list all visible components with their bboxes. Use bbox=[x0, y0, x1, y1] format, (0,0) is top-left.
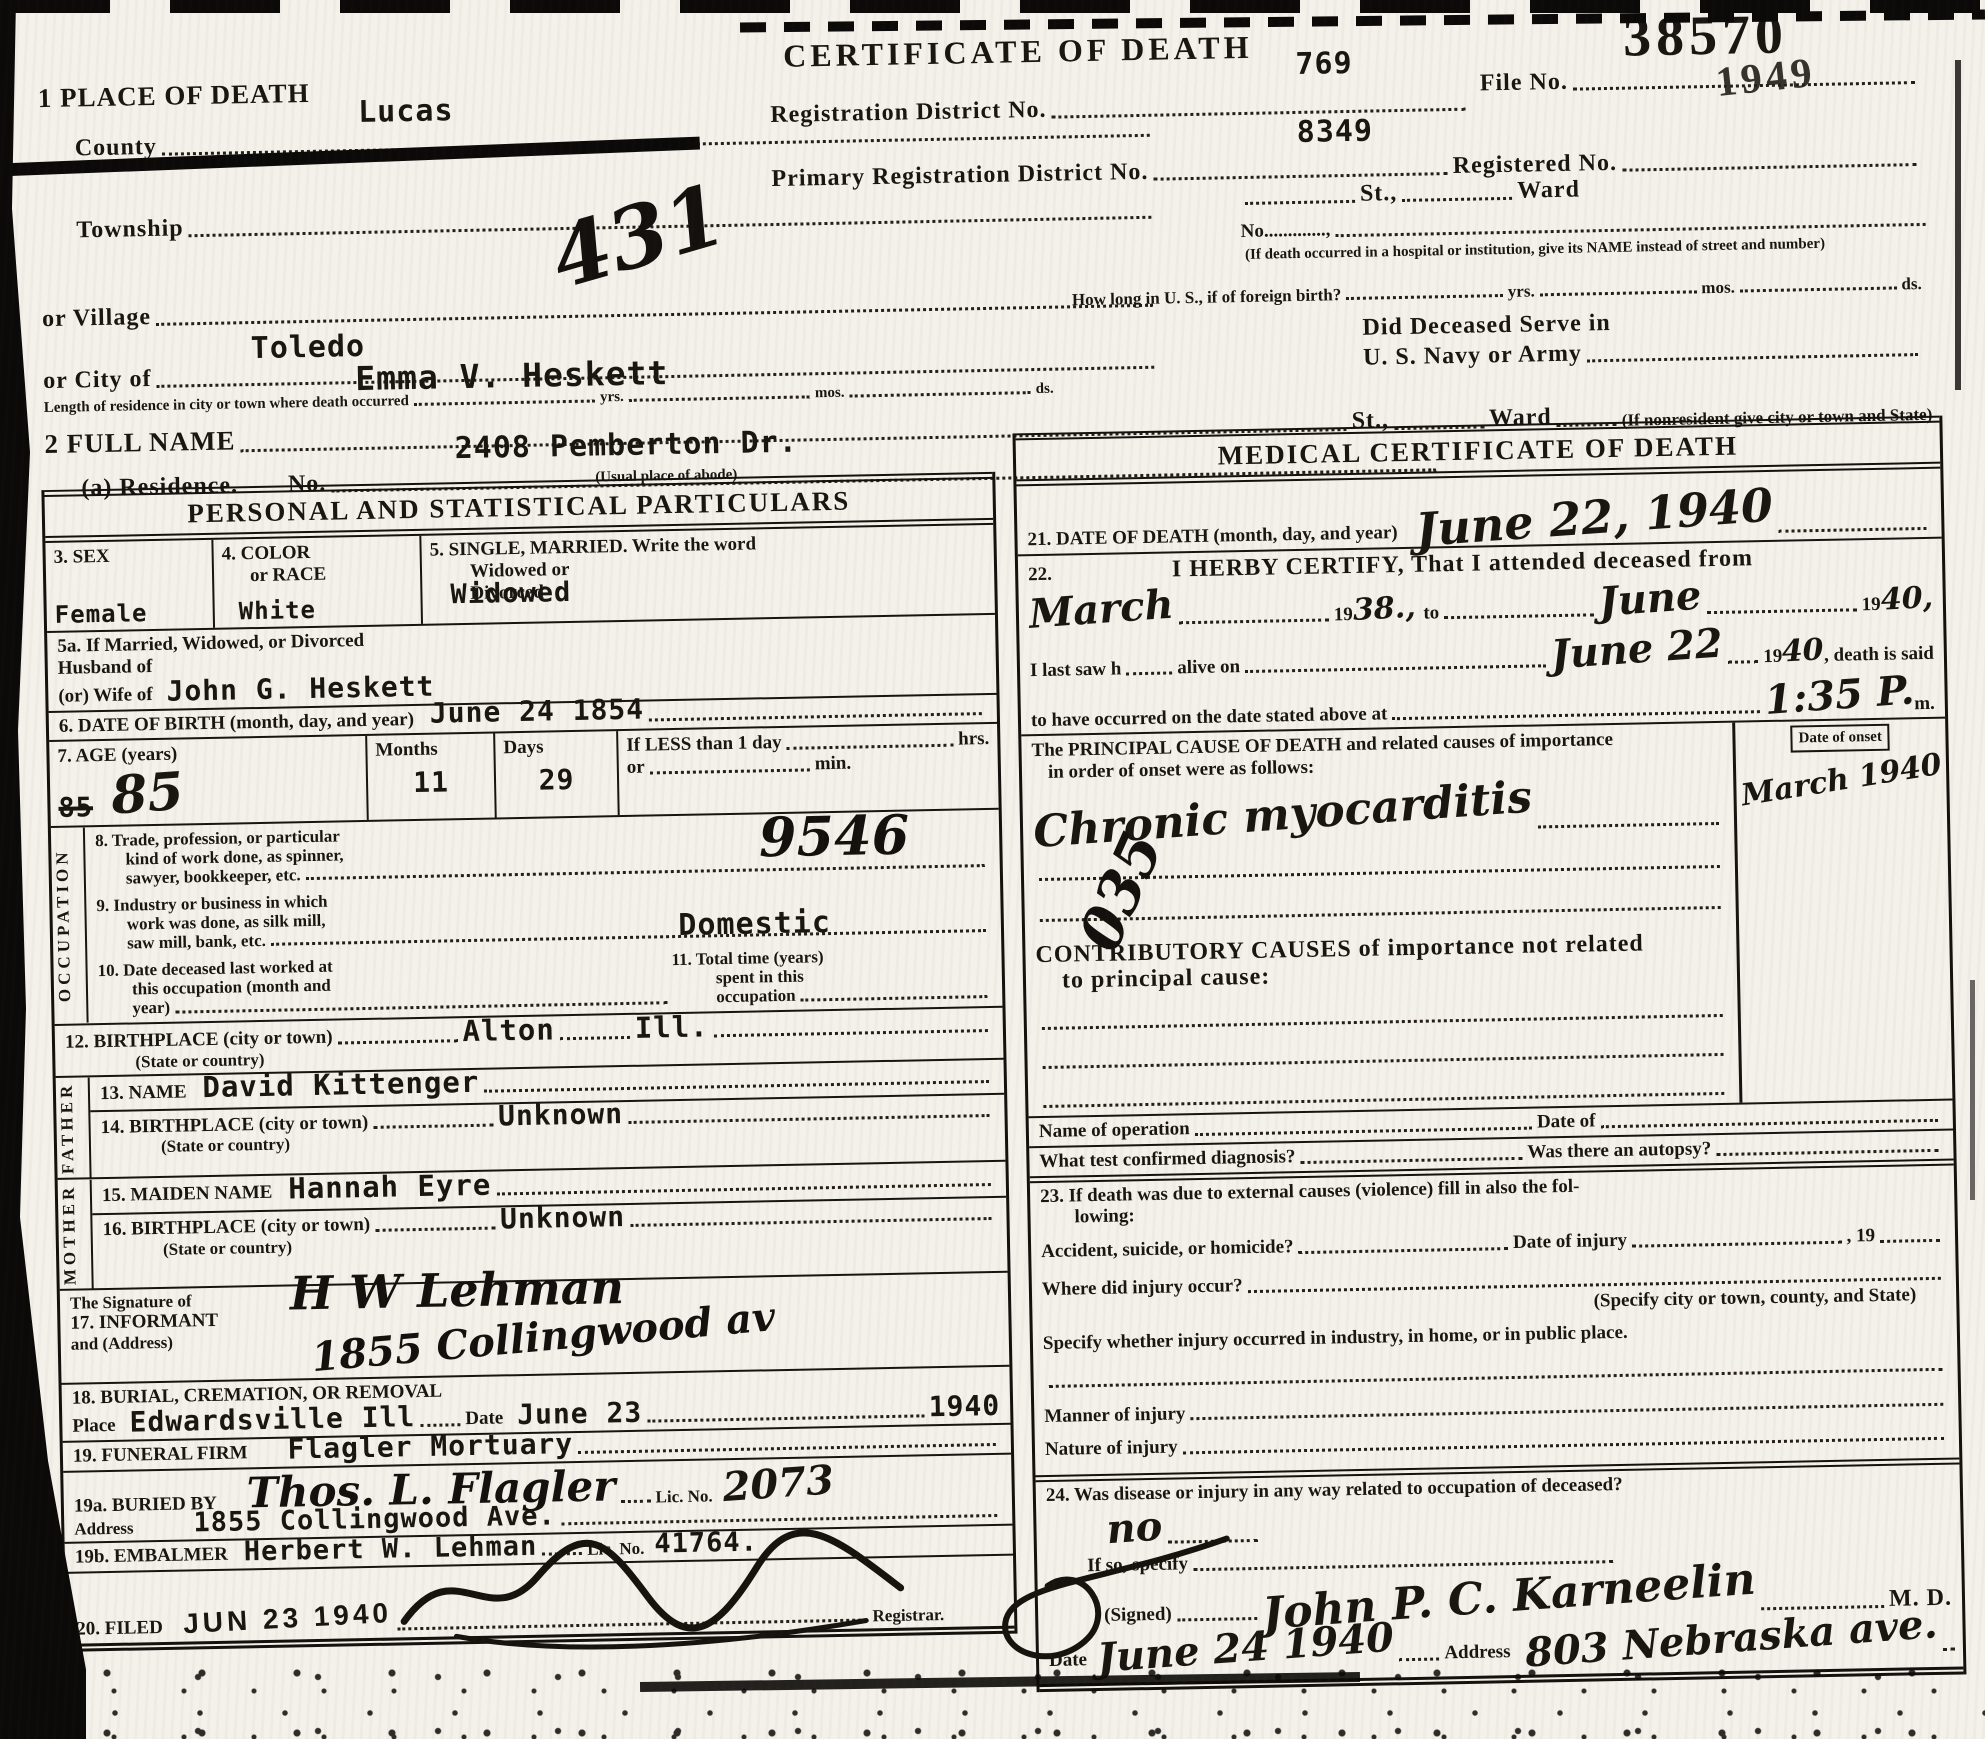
header-section: CERTIFICATE OF DEATH 38570 1949 File No.… bbox=[27, 2, 1940, 490]
full-name-value: Emma V. Heskett bbox=[355, 356, 669, 395]
attended-from-value: March bbox=[1028, 585, 1175, 635]
scan-right-edge-mark-1 bbox=[1955, 60, 1961, 390]
date-of-onset-label: Date of onset bbox=[1790, 724, 1890, 753]
dob-value: June 24 1854 bbox=[430, 696, 645, 728]
field-external-causes: 23. If death was due to external causes … bbox=[1030, 1165, 1960, 1482]
attended-to-year: 40, bbox=[1880, 583, 1934, 616]
spouse-value: John G. Heskett bbox=[166, 672, 434, 705]
informant-signature: H W Lehman bbox=[289, 1264, 624, 1316]
occupation-group: OCCUPATION 8. Trade, profession, or part… bbox=[51, 810, 1003, 1025]
field-certification: 22. I HERBY CERTIFY, That I attended dec… bbox=[1018, 539, 1945, 737]
death-certificate-scan: CERTIFICATE OF DEATH 38570 1949 File No.… bbox=[0, 0, 1985, 1739]
funeral-lic-value: 2073 bbox=[721, 1460, 835, 1508]
attended-to-value: June bbox=[1598, 576, 1703, 623]
registration-district-value: 769 bbox=[1295, 49, 1353, 80]
attended-from-year: 38., bbox=[1352, 593, 1416, 626]
birthplace-city-value: Alton bbox=[462, 1015, 555, 1046]
field-total-time: 11. Total time (years) spent in this occ… bbox=[671, 944, 992, 1007]
age-days-cell: Days 29 bbox=[495, 731, 620, 817]
certificate-form: CERTIFICATE OF DEATH 38570 1949 File No.… bbox=[27, 2, 1940, 490]
age-cell: 7. AGE (years) 85 85 bbox=[49, 736, 369, 826]
field-occupation-related: 24. Was disease or injury in any way rel… bbox=[1036, 1464, 1964, 1692]
age-less-day-cell: If LESS than 1 dayhrs. ormin. bbox=[618, 724, 999, 815]
father-birthplace-value: Unknown bbox=[498, 1100, 624, 1130]
age-months-cell: Months 11 bbox=[367, 734, 497, 820]
industry-value: Domestic bbox=[678, 908, 831, 941]
father-side-label: FATHER bbox=[56, 1077, 92, 1178]
field-informant: The Signature of 17. INFORMANT and (Addr… bbox=[60, 1273, 1010, 1385]
date-of-onset-column: Date of onset March 1940 bbox=[1732, 719, 1953, 1102]
residence-value: 2408 Pemberton Dr. bbox=[454, 428, 798, 465]
county-value: Lucas bbox=[358, 96, 454, 128]
cause-of-death-block: The PRINCIPAL CAUSE OF DEATH and related… bbox=[1021, 719, 1952, 1118]
occupation-side-label: OCCUPATION bbox=[51, 828, 89, 1024]
mother-birthplace-value: Unknown bbox=[500, 1203, 626, 1233]
served-label-1: Did Deceased Serve in bbox=[1362, 310, 1611, 341]
foreign-birth-line: How long in U. S., if of foreign birth? … bbox=[1072, 274, 1922, 309]
village-scrawl-431: 431 bbox=[543, 176, 733, 298]
burial-year-value: 1940 bbox=[928, 1392, 1000, 1421]
father-name-value: David Kittenger bbox=[202, 1068, 479, 1102]
scan-right-edge-mark-2 bbox=[1970, 980, 1975, 1200]
scan-top-edge-artifact bbox=[0, 0, 1985, 13]
filed-date-stamp: JUN 23 1940 bbox=[182, 1599, 392, 1638]
medical-certificate-column: MEDICAL CERTIFICATE OF DEATH 21. DATE OF… bbox=[1012, 416, 1966, 1692]
served-label-2: U. S. Navy or Army bbox=[1363, 334, 1923, 371]
date-of-onset-value: March 1940 bbox=[1739, 750, 1944, 812]
primary-registration-value: 8349 bbox=[1296, 116, 1373, 147]
last-saw-value: June 22 bbox=[1550, 624, 1725, 676]
place-of-death-label: 1 PLACE OF DEATH bbox=[38, 79, 310, 114]
file-no-line: File No. bbox=[1480, 62, 1920, 97]
registrar-signature-scrawl bbox=[395, 1527, 917, 1647]
funeral-firm-value: Flagler Mortuary bbox=[287, 1430, 573, 1463]
birthplace-state-value: Ill. bbox=[634, 1012, 708, 1042]
sex-value: Female bbox=[55, 600, 205, 627]
personal-particulars-column: PERSONAL AND STATISTICAL PARTICULARS 3. … bbox=[41, 472, 1017, 1652]
age-handwritten-value: 85 bbox=[109, 766, 185, 823]
field-marital: 5. SINGLE, MARRIED. Write the word Widow… bbox=[421, 525, 995, 624]
field-color-race: 4. COLOR or RACE White bbox=[213, 536, 423, 628]
last-saw-year: 40 bbox=[1781, 636, 1824, 668]
certificate-title: CERTIFICATE OF DEATH bbox=[783, 31, 1253, 72]
father-group: FATHER 13. NAME David Kittenger 14. BIRT… bbox=[56, 1059, 1006, 1180]
age-struck-value: 85 bbox=[58, 794, 93, 822]
burial-date-value: June 23 bbox=[517, 1399, 643, 1429]
scan-bottom-noise bbox=[0, 1661, 1985, 1739]
mother-name-value: Hannah Eyre bbox=[288, 1170, 492, 1203]
color-value: White bbox=[223, 596, 413, 624]
field-sex: 3. SEX Female bbox=[45, 540, 215, 631]
time-of-death-value: 1:35 P. bbox=[1763, 671, 1915, 722]
trade-code-scrawl: 9546 bbox=[758, 808, 909, 865]
mother-side-label: MOTHER bbox=[58, 1179, 94, 1289]
